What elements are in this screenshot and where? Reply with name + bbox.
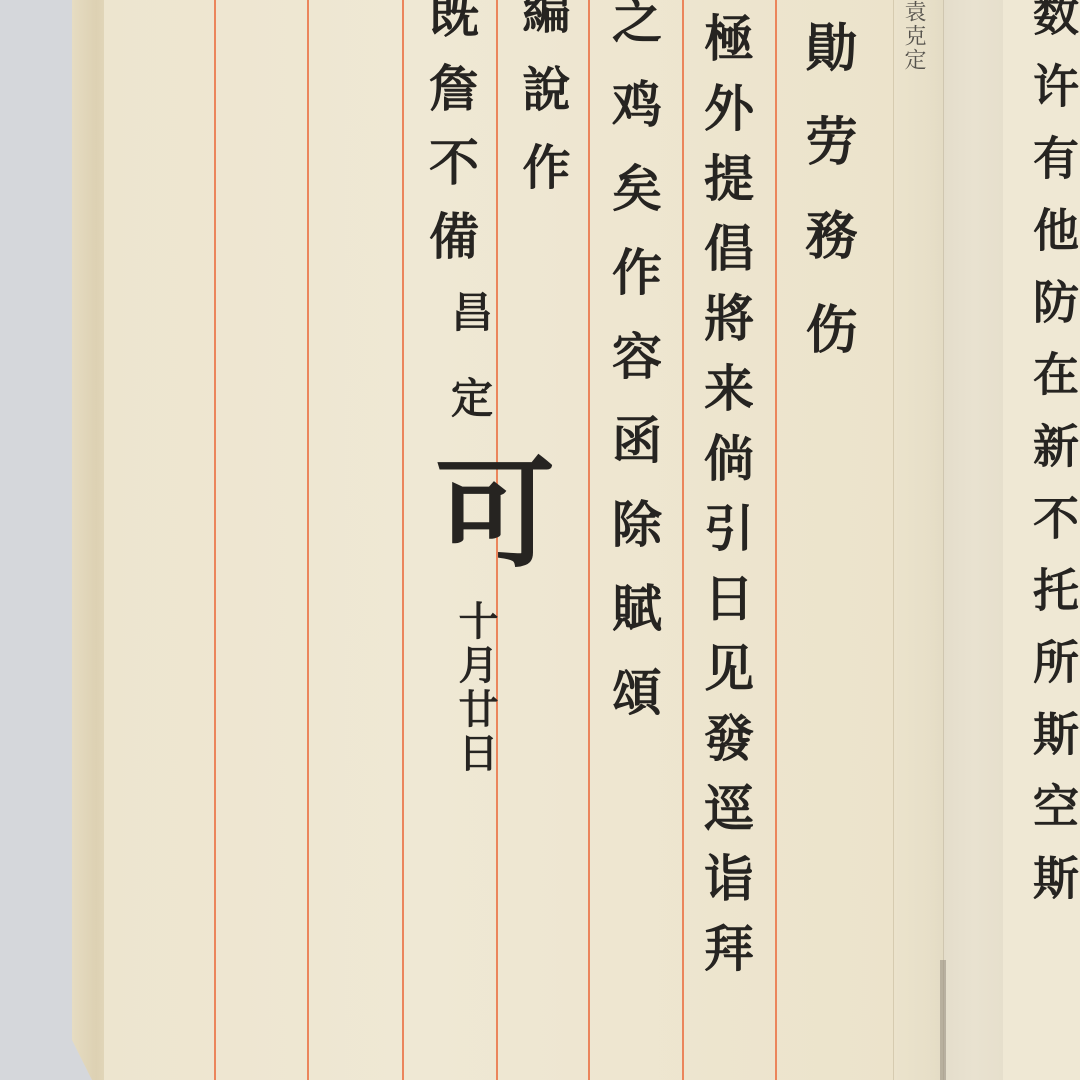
signature: 可 [425, 450, 545, 584]
rule-line [682, 0, 684, 1080]
tear-mark [940, 960, 946, 1080]
next-page-column-text: 数许有他防在新不托所斯空斯 [1030, 0, 1076, 926]
column-5-continuation: 昌定 [448, 290, 490, 462]
rule-line [402, 0, 404, 1080]
fold-strip [893, 0, 944, 1080]
column-2-text: 極外提倡將来倘引日见發逕诣拜 [700, 12, 750, 992]
rule-line [214, 0, 216, 1080]
column-5-text: 既詹不備 [425, 0, 475, 284]
column-3-text: 之鸡矣作容函除賦頌 [608, 0, 658, 750]
binding-strip [943, 0, 1005, 1080]
rule-line [775, 0, 777, 1080]
column-1-text: 勛劳務伤 [800, 20, 852, 396]
column-4-text: 編說作 [518, 0, 566, 220]
rule-line [588, 0, 590, 1080]
rule-line [307, 0, 309, 1080]
pencil-annotation: 袁克定 [898, 0, 929, 72]
date-text: 十月廿日 [455, 600, 495, 776]
